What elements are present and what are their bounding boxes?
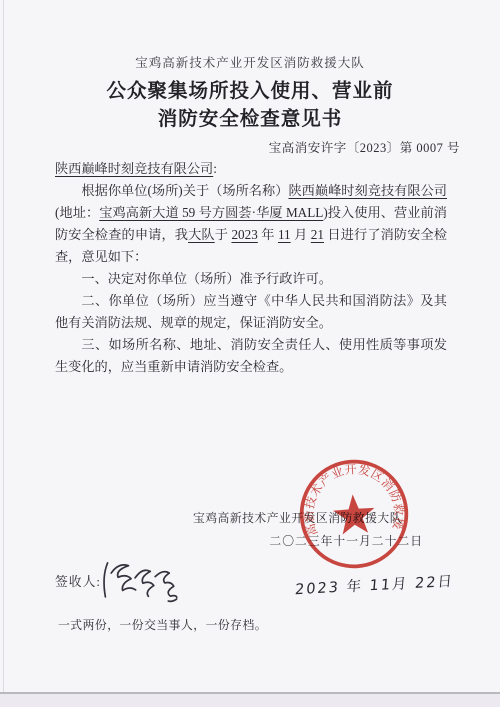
document-body: 陕西巅峰时刻竞技有限公司: 根据你单位(场所)关于（场所名称）陕西巅峰时刻竞技有… <box>55 158 447 378</box>
day-field: 21 <box>311 227 324 242</box>
opinion-item-1: 一、决定对你单位（场所）准予行政许可。 <box>55 268 447 290</box>
issuing-authority-header: 宝鸡高新技术产业开发区消防救援大队 <box>0 53 500 71</box>
addressee-line: 陕西巅峰时刻竞技有限公司: <box>55 158 447 180</box>
document-title: 公众聚集场所投入使用、营业前 消防安全检查意见书 <box>0 77 500 133</box>
official-seal-stamp: 宝鸡高新技术产业开发区消防救援大队 <box>293 453 415 575</box>
addressee-colon: : <box>213 161 217 176</box>
handwritten-date: 2023 年 11月 22日 <box>294 570 455 599</box>
opinion-item-2: 二、你单位（场所）应当遵守《中华人民共和国消防法》及其他有关消防法规、规章的规定… <box>55 290 447 334</box>
copies-note: 一式两份，一份交当事人，一份存档。 <box>58 616 267 633</box>
document-title-line1: 公众聚集场所投入使用、营业前 <box>0 77 500 105</box>
handwritten-signature <box>97 555 179 606</box>
scanned-document-page: 宝鸡高新技术产业开发区消防救援大队 公众聚集场所投入使用、营业前 消防安全检查意… <box>0 0 500 707</box>
seal-star-icon <box>332 493 376 535</box>
opinion-item-3: 三、如场所名称、地址、消防安全责任人、使用性质等事项发生变化的，应当重新申请消防… <box>55 334 447 378</box>
document-number: 宝高消安许字〔2023〕第 0007 号 <box>269 138 460 156</box>
month-field: 11 <box>278 227 291 242</box>
place-name-field: 陕西巅峰时刻竞技有限公司 <box>288 183 447 198</box>
document-title-line2: 消防安全检查意见书 <box>0 105 500 133</box>
body-text: 月 <box>291 227 311 242</box>
paragraph-application: 根据你单位(场所)关于（场所名称）陕西巅峰时刻竞技有限公司(地址：宝鸡高新大道 … <box>55 180 447 268</box>
brigade-field: 大队 <box>188 227 215 242</box>
body-text: 年 <box>258 227 278 242</box>
year-field: 2023 <box>231 227 257 242</box>
receiver-label: 签收人: <box>55 571 101 590</box>
addressee-name: 陕西巅峰时刻竞技有限公司 <box>55 161 213 176</box>
body-text: (地址： <box>55 205 99 220</box>
body-text: 根据你单位(场所)关于（场所名称） <box>81 183 288 198</box>
scan-bottom-margin <box>0 694 500 707</box>
body-text: 于 <box>215 227 232 242</box>
address-field: 宝鸡高新大道 59 号方圆荟·华厦 MALL <box>99 205 323 220</box>
